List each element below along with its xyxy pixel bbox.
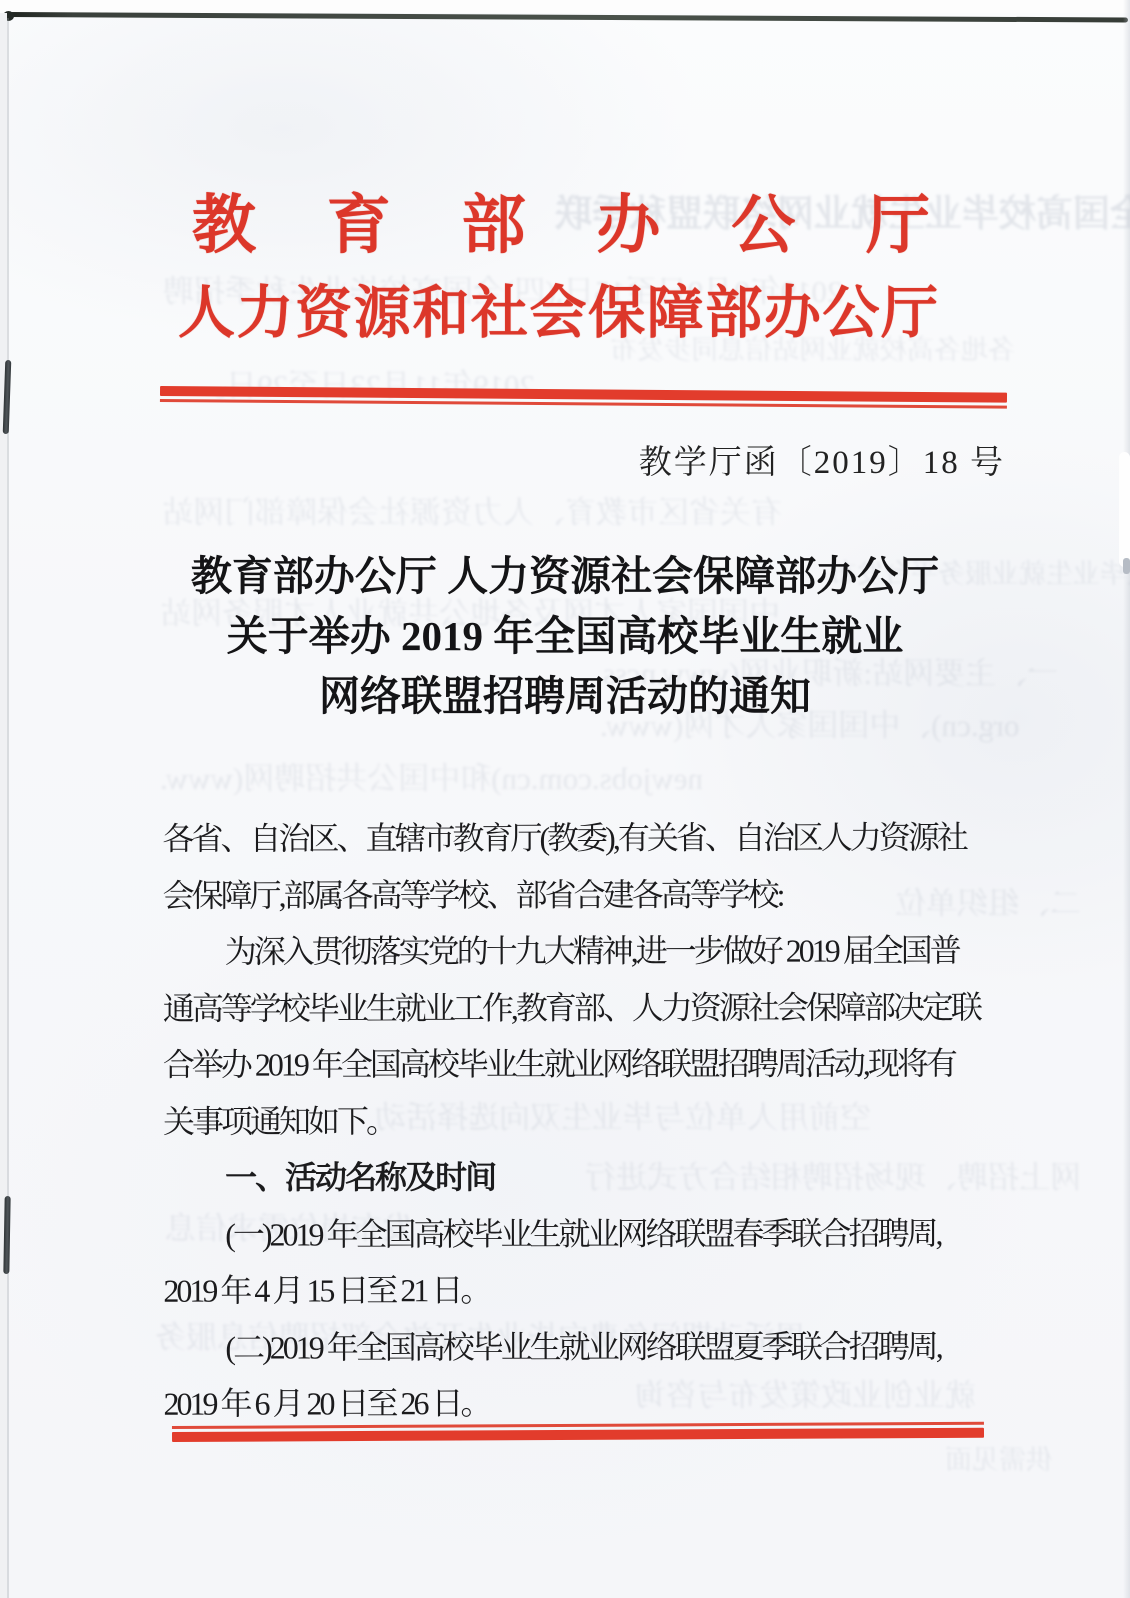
body-line-item-1: (一)2019 年全国高校毕业生就业网络联盟春季联合招聘周, bbox=[163, 1205, 993, 1263]
staple-mark-top bbox=[3, 360, 12, 434]
page-left-edge bbox=[7, 18, 9, 1598]
bleedthrough-text: newjobs.com.cn)和中国公共招聘网(www. bbox=[160, 753, 703, 798]
scan-top-edge bbox=[6, 12, 1128, 22]
body-line: 会保障厅,部属各高等学校、部省合建各高等学校: bbox=[163, 866, 993, 924]
document-title: 教育部办公厅 人力资源社会保障部办公厅 关于举办 2019 年全国高校毕业生就业… bbox=[0, 546, 1130, 726]
page-left-margin bbox=[0, 13, 7, 1598]
footer-red-rule bbox=[172, 1422, 984, 1442]
staple-mark-bottom bbox=[3, 1196, 10, 1274]
body-line: 合举办 2019 年全国高校毕业生就业网络联盟招聘周活动,现将有 bbox=[163, 1035, 993, 1093]
scan-margin-strip bbox=[0, 0, 1130, 13]
body-line: 关事项通知如下。 bbox=[163, 1092, 993, 1150]
title-line-1: 教育部办公厅 人力资源社会保障部办公厅 bbox=[0, 546, 1130, 606]
page-right-edge bbox=[1123, 0, 1130, 1598]
scan-right-highlight bbox=[1119, 452, 1130, 567]
body-line: 各省、自治区、直辖市教育厅(教委),有关省、自治区人力资源社 bbox=[162, 809, 992, 867]
letterhead-agency-1: 教育部办公厅 bbox=[192, 192, 930, 259]
document-body: 各省、自治区、直辖市教育厅(教委),有关省、自治区人力资源社 会保障厅,部属各高… bbox=[162, 809, 993, 1432]
scan-right-mark bbox=[1123, 558, 1130, 574]
section-heading-activity-name-time: 一、活动名称及时间 bbox=[163, 1148, 993, 1206]
body-line: 为深入贯彻落实党的十九大精神,进一步做好 2019 届全国普 bbox=[163, 922, 993, 980]
body-line-item-2: (二)2019 年全国高校毕业生就业网络联盟夏季联合招聘周, bbox=[163, 1318, 993, 1376]
document-number: 教学厅函〔2019〕18 号 bbox=[560, 436, 1005, 483]
scanned-document-page: (三)2019年全国高校毕业生就业网络联盟秋季联 2019年9月9日至15日,(… bbox=[0, 0, 1130, 1598]
title-line-3: 网络联盟招聘周活动的通知 bbox=[0, 666, 1130, 726]
body-line-item-1-cont: 2019 年 4 月 15 日至 21 日。 bbox=[163, 1261, 993, 1319]
body-line: 通高等学校毕业生就业工作,教育部、人力资源社会保障部决定联 bbox=[163, 979, 993, 1037]
title-line-2: 关于举办 2019 年全国高校毕业生就业 bbox=[0, 606, 1130, 666]
letterhead-red-rule bbox=[160, 386, 1007, 409]
bleedthrough-text: 供需见面 bbox=[945, 1438, 1053, 1477]
bleedthrough-text: 有关省区市教育、人力资源社会保障部门网站 bbox=[162, 487, 782, 532]
letterhead-agency-2: 人力资源和社会保障部办公厅 bbox=[178, 284, 938, 344]
